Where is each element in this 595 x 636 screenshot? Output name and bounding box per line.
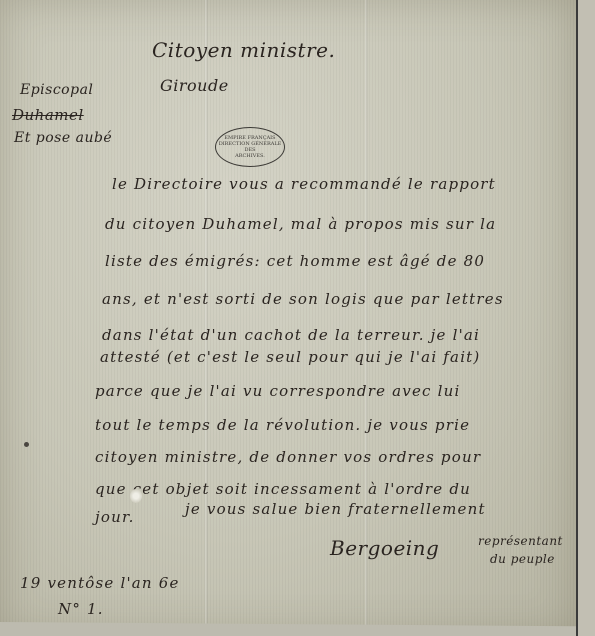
ink-speck	[24, 442, 29, 447]
body-line: attesté (et c'est le seul pour qui je l'…	[100, 348, 480, 366]
body-line: parce que je l'ai vu correspondre avec l…	[95, 382, 460, 400]
address-line-2: Giroude	[160, 76, 229, 95]
closing-line: je vous salue bien fraternellement	[185, 500, 486, 518]
margin-note-line-1: Episcopal	[20, 82, 93, 98]
paper-hole	[130, 489, 142, 503]
background-surface	[575, 0, 595, 636]
margin-note-line-2: Duhamel	[12, 106, 84, 124]
date-line: 19 ventôse l'an 6e	[20, 574, 180, 592]
body-line: dans l'état d'un cachot de la terreur. j…	[102, 326, 480, 344]
letter-paper: Citoyen ministre. Giroude Episcopal Duha…	[0, 0, 578, 636]
stamp-line-4: ARCHIVES.	[235, 153, 265, 159]
body-line: tout le temps de la révolution. je vous …	[95, 416, 470, 434]
margin-note-line-3: Et pose aubé	[14, 130, 112, 146]
address-line-1: Citoyen ministre.	[152, 38, 335, 62]
body-line: jour.	[95, 508, 135, 526]
body-line: citoyen ministre, de donner vos ordres p…	[95, 448, 481, 466]
body-line: que cet objet soit incessament à l'ordre…	[95, 480, 471, 498]
signature-note-line-2: du peuple	[490, 552, 555, 566]
signature-note-line-1: représentant	[478, 534, 563, 548]
signature: Bergoeing	[330, 536, 439, 560]
archive-stamp: EMPIRE FRANÇAIS DIRECTION GÉNÉRALE DES A…	[215, 127, 285, 167]
document-number: N° 1.	[58, 600, 104, 618]
fold-crease	[205, 0, 208, 636]
body-line: liste des émigrés: cet homme est âgé de …	[105, 252, 485, 270]
body-line: ans, et n'est sorti de son logis que par…	[102, 290, 504, 308]
body-line: du citoyen Duhamel, mal à propos mis sur…	[105, 215, 496, 233]
body-line: le Directoire vous a recommandé le rappo…	[112, 175, 496, 193]
